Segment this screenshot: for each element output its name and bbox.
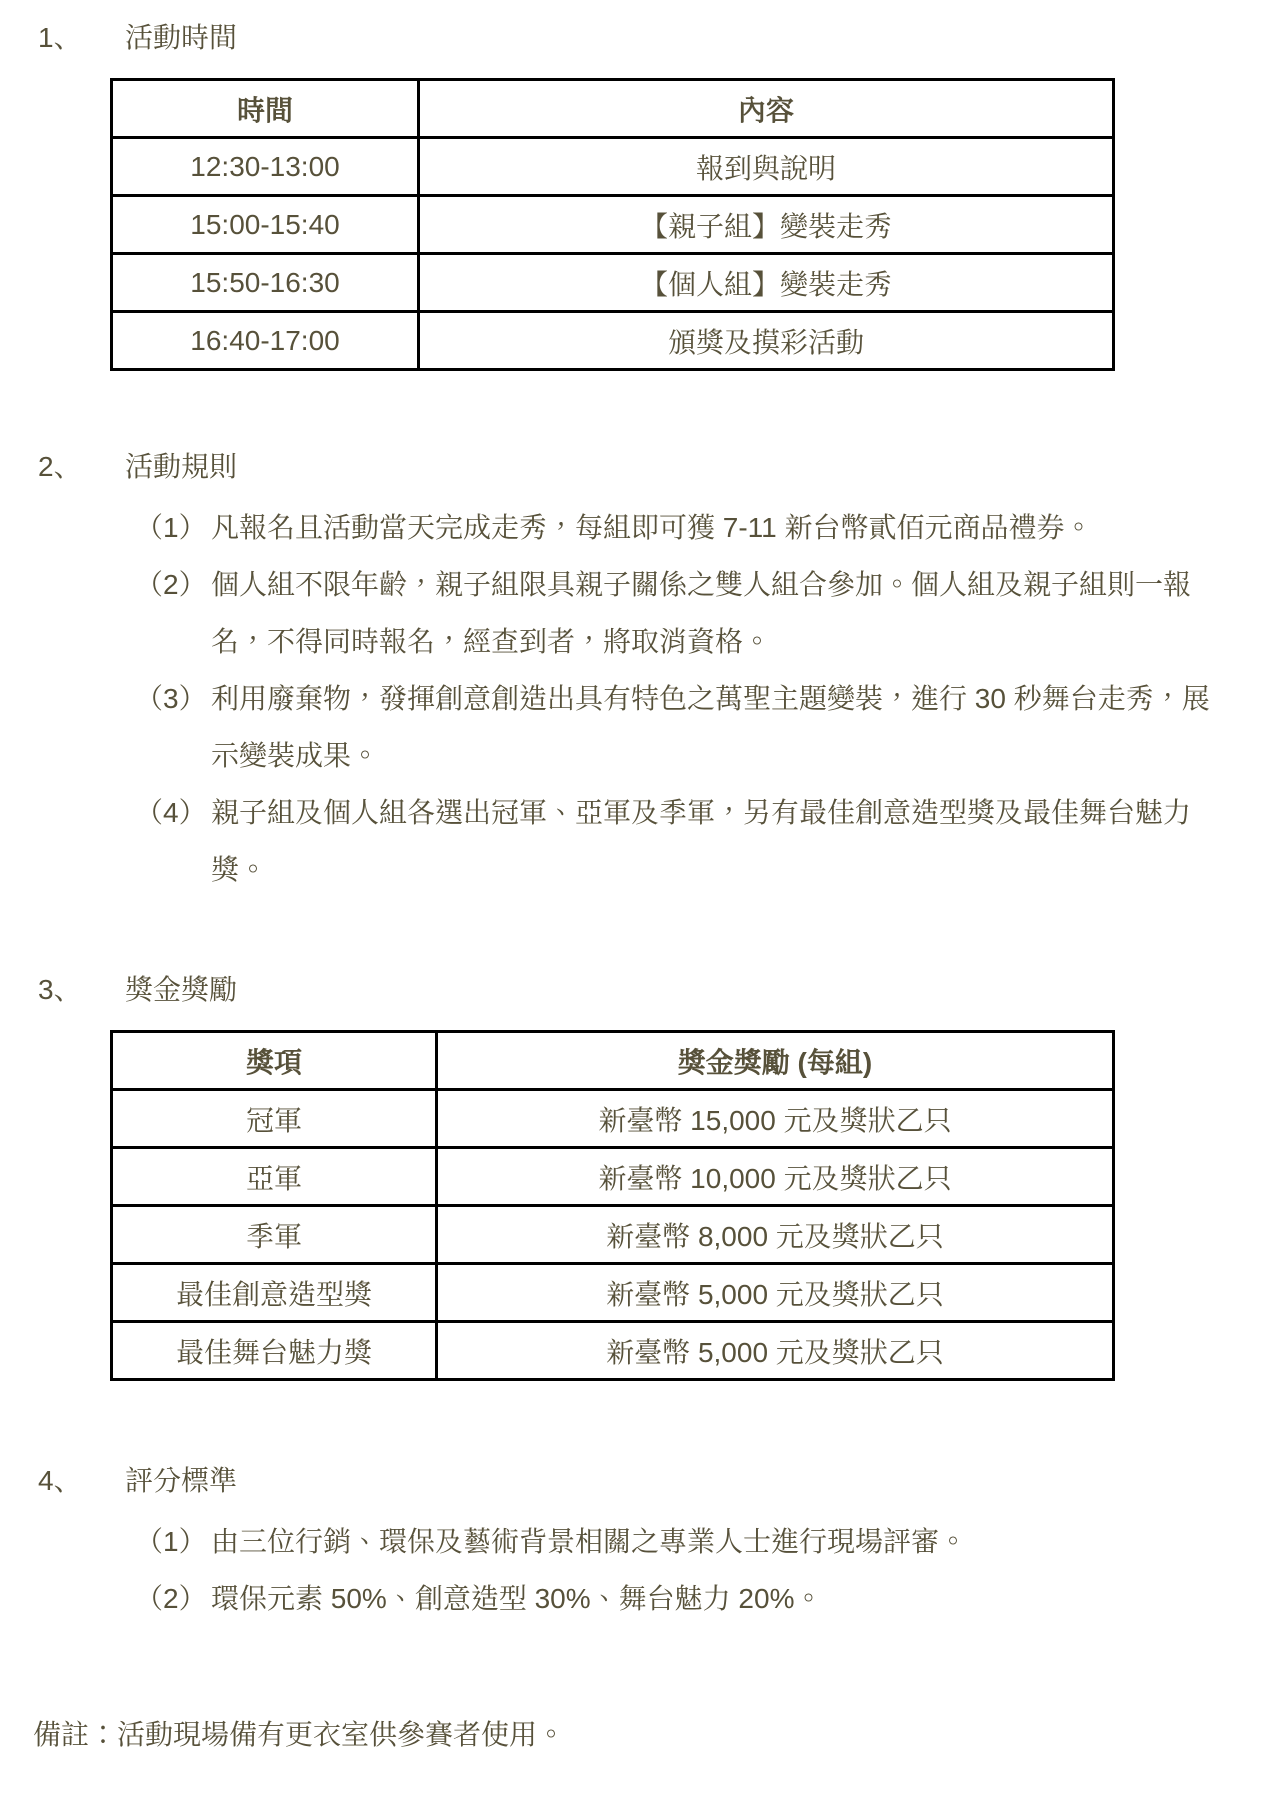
section-4-title: 評分標準 bbox=[125, 1459, 237, 1499]
prize-reward-cell: 新臺幣 10,000 元及獎狀乙只 bbox=[437, 1148, 1114, 1206]
criteria-item-2: （2） 環保元素 50%、創意造型 30%、舞台魅力 20%。 bbox=[135, 1570, 1211, 1627]
prize-reward-cell: 新臺幣 15,000 元及獎狀乙只 bbox=[437, 1090, 1114, 1148]
rule-4-label: （4） bbox=[135, 784, 211, 898]
schedule-content-cell: 報到與說明 bbox=[419, 138, 1114, 196]
schedule-header-time: 時間 bbox=[112, 80, 419, 138]
schedule-time-cell: 16:40-17:00 bbox=[112, 312, 419, 370]
rule-1-text: 凡報名且活動當天完成走秀，每組即可獲 7-11 新台幣貳佰元商品禮券。 bbox=[211, 499, 1211, 556]
section-2-number: 2、 bbox=[38, 445, 125, 485]
criteria-item-1: （1） 由三位行銷、環保及藝術背景相關之專業人士進行現場評審。 bbox=[135, 1513, 1211, 1570]
table-row: 季軍 新臺幣 8,000 元及獎狀乙只 bbox=[112, 1206, 1114, 1264]
table-row: 16:40-17:00 頒獎及摸彩活動 bbox=[112, 312, 1114, 370]
schedule-header-content: 內容 bbox=[419, 80, 1114, 138]
criteria-1-text: 由三位行銷、環保及藝術背景相關之專業人士進行現場評審。 bbox=[211, 1513, 1211, 1570]
rule-2-label: （2） bbox=[135, 556, 211, 670]
rule-item-2: （2） 個人組不限年齡，親子組限具親子關係之雙人組合參加。個人組及親子組則一報名… bbox=[135, 556, 1211, 670]
rule-2-text: 個人組不限年齡，親子組限具親子關係之雙人組合參加。個人組及親子組則一報名，不得同… bbox=[211, 556, 1211, 670]
footnote: 備註：活動現場備有更衣室供參賽者使用。 bbox=[33, 1715, 1211, 1755]
rule-item-3: （3） 利用廢棄物，發揮創意創造出具有特色之萬聖主題變裝，進行 30 秒舞台走秀… bbox=[135, 670, 1211, 784]
schedule-time-cell: 12:30-13:00 bbox=[112, 138, 419, 196]
document-page: 1、 活動時間 時間 內容 12:30-13:00 報到與說明 15:00-15… bbox=[0, 0, 1266, 1795]
prize-award-cell: 冠軍 bbox=[112, 1090, 437, 1148]
schedule-table: 時間 內容 12:30-13:00 報到與說明 15:00-15:40 【親子組… bbox=[110, 78, 1115, 371]
criteria-2-text: 環保元素 50%、創意造型 30%、舞台魅力 20%。 bbox=[211, 1570, 1211, 1627]
table-row: 15:50-16:30 【個人組】變裝走秀 bbox=[112, 254, 1114, 312]
criteria-1-label: （1） bbox=[135, 1513, 211, 1570]
table-row: 亞軍 新臺幣 10,000 元及獎狀乙只 bbox=[112, 1148, 1114, 1206]
prize-award-cell: 季軍 bbox=[112, 1206, 437, 1264]
table-row: 15:00-15:40 【親子組】變裝走秀 bbox=[112, 196, 1114, 254]
prize-table-header-row: 獎項 獎金獎勵 (每組) bbox=[112, 1032, 1114, 1090]
section-4-number: 4、 bbox=[38, 1459, 125, 1499]
schedule-time-cell: 15:00-15:40 bbox=[112, 196, 419, 254]
prize-reward-cell: 新臺幣 5,000 元及獎狀乙只 bbox=[437, 1322, 1114, 1380]
table-row: 最佳舞台魅力獎 新臺幣 5,000 元及獎狀乙只 bbox=[112, 1322, 1114, 1380]
schedule-table-header-row: 時間 內容 bbox=[112, 80, 1114, 138]
rule-1-label: （1） bbox=[135, 499, 211, 556]
section-2-header: 2、 活動規則 bbox=[38, 445, 1211, 485]
prize-award-cell: 最佳創意造型獎 bbox=[112, 1264, 437, 1322]
prize-reward-cell: 新臺幣 8,000 元及獎狀乙只 bbox=[437, 1206, 1114, 1264]
rule-3-label: （3） bbox=[135, 670, 211, 784]
rule-4-text: 親子組及個人組各選出冠軍、亞軍及季軍，另有最佳創意造型獎及最佳舞台魅力獎。 bbox=[211, 784, 1211, 898]
schedule-content-cell: 【個人組】變裝走秀 bbox=[419, 254, 1114, 312]
section-3-title: 獎金獎勵 bbox=[125, 968, 237, 1008]
prize-table: 獎項 獎金獎勵 (每組) 冠軍 新臺幣 15,000 元及獎狀乙只 亞軍 新臺幣… bbox=[110, 1030, 1115, 1381]
section-3-header: 3、 獎金獎勵 bbox=[38, 968, 1211, 1008]
prize-header-award: 獎項 bbox=[112, 1032, 437, 1090]
prize-header-reward: 獎金獎勵 (每組) bbox=[437, 1032, 1114, 1090]
table-row: 12:30-13:00 報到與說明 bbox=[112, 138, 1114, 196]
section-2-title: 活動規則 bbox=[125, 445, 237, 485]
schedule-time-cell: 15:50-16:30 bbox=[112, 254, 419, 312]
schedule-content-cell: 【親子組】變裝走秀 bbox=[419, 196, 1114, 254]
prize-reward-cell: 新臺幣 5,000 元及獎狀乙只 bbox=[437, 1264, 1114, 1322]
section-3-number: 3、 bbox=[38, 968, 125, 1008]
table-row: 冠軍 新臺幣 15,000 元及獎狀乙只 bbox=[112, 1090, 1114, 1148]
rule-item-4: （4） 親子組及個人組各選出冠軍、亞軍及季軍，另有最佳創意造型獎及最佳舞台魅力獎… bbox=[135, 784, 1211, 898]
section-4-header: 4、 評分標準 bbox=[38, 1459, 1211, 1499]
prize-award-cell: 亞軍 bbox=[112, 1148, 437, 1206]
criteria-list: （1） 由三位行銷、環保及藝術背景相關之專業人士進行現場評審。 （2） 環保元素… bbox=[38, 1513, 1211, 1627]
prize-award-cell: 最佳舞台魅力獎 bbox=[112, 1322, 437, 1380]
schedule-content-cell: 頒獎及摸彩活動 bbox=[419, 312, 1114, 370]
section-1-number: 1、 bbox=[38, 16, 125, 56]
rules-list: （1） 凡報名且活動當天完成走秀，每組即可獲 7-11 新台幣貳佰元商品禮券。 … bbox=[38, 499, 1211, 898]
rule-3-text: 利用廢棄物，發揮創意創造出具有特色之萬聖主題變裝，進行 30 秒舞台走秀，展示變… bbox=[211, 670, 1211, 784]
section-1-header: 1、 活動時間 bbox=[38, 16, 1211, 56]
rule-item-1: （1） 凡報名且活動當天完成走秀，每組即可獲 7-11 新台幣貳佰元商品禮券。 bbox=[135, 499, 1211, 556]
section-1-title: 活動時間 bbox=[125, 16, 237, 56]
criteria-2-label: （2） bbox=[135, 1570, 211, 1627]
table-row: 最佳創意造型獎 新臺幣 5,000 元及獎狀乙只 bbox=[112, 1264, 1114, 1322]
